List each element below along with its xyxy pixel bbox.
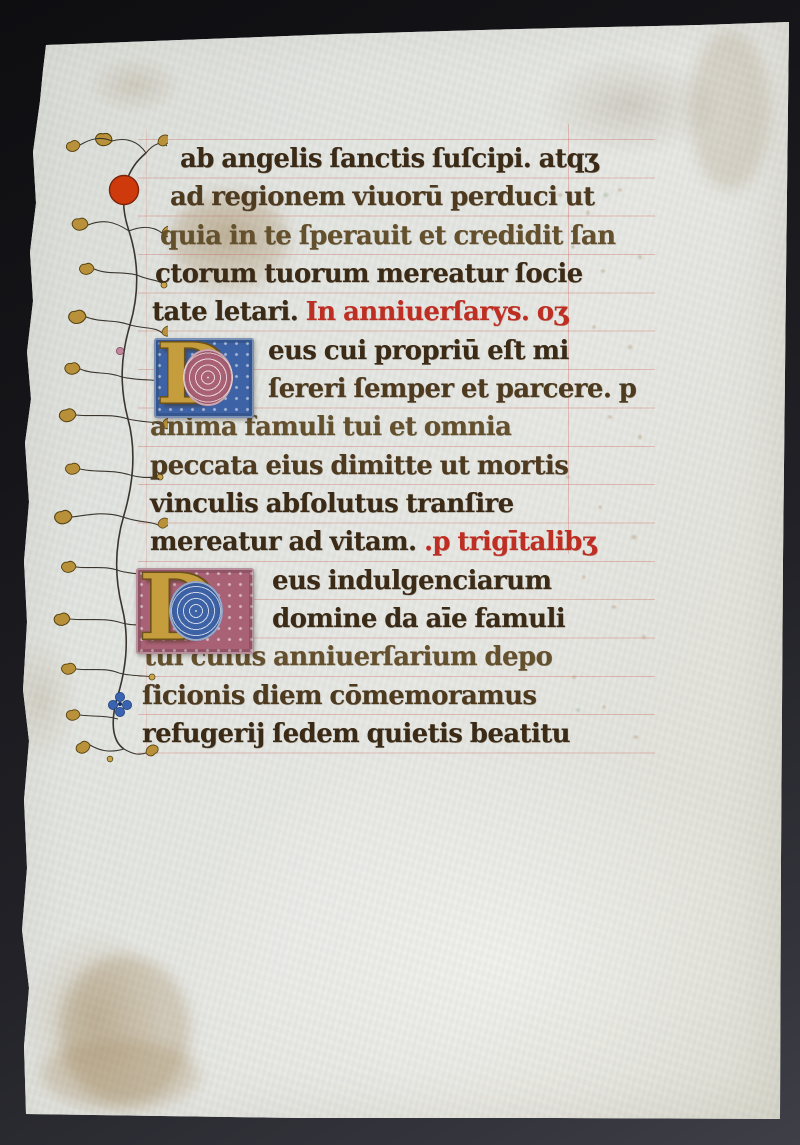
red-berry: [110, 176, 139, 205]
text-line: peccata eius dimitte ut mortis: [150, 448, 655, 486]
parchment-stain: [690, 30, 770, 190]
text-line: vinculis abſolutus tranſire: [150, 486, 655, 524]
parchment-stain: [40, 1040, 200, 1110]
rubric-text: .p trigītalibʒ: [424, 527, 596, 557]
body-text: ab angelis ſanctis ſuſcipi. atqʒ: [180, 144, 598, 174]
body-text: eus indulgenciarum: [272, 566, 551, 596]
body-text: refugerij ſedem quietis beatitu: [142, 719, 570, 749]
body-text: quia in te ſperauit et credidit ſan: [160, 221, 615, 251]
body-text: peccata eius dimitte ut mortis: [150, 451, 568, 481]
text-line: quia in te ſperauit et credidit ſan: [160, 218, 655, 256]
body-text: ſicionis diem cōmemoramus: [142, 681, 536, 711]
text-line: eus cui propriū eſt mi: [268, 333, 655, 371]
text-line: domine da aīe famuli: [272, 601, 655, 639]
parchment-stain: [60, 955, 190, 1105]
rubric-text: In anniuerſarys. oʒ: [306, 297, 568, 327]
initial-counter-pink: [183, 349, 233, 406]
blue-flower: [108, 692, 131, 716]
illuminated-initial-2: D: [136, 568, 254, 654]
initial-counter-blue: [169, 581, 223, 641]
text-line: mereatur ad vitam. .p trigītalibʒ: [150, 524, 655, 562]
text-line: refugerij ſedem quietis beatitu: [142, 716, 655, 754]
text-line: eus indulgenciarum: [272, 563, 655, 601]
body-text: ad regionem viuorū perduci ut: [170, 182, 594, 212]
manuscript-leaf: ab angelis ſanctis ſuſcipi. atqʒad regio…: [0, 0, 800, 1145]
photo-background: ab angelis ſanctis ſuſcipi. atqʒad regio…: [0, 0, 800, 1145]
body-text: ſereri ſemper et parcere. p: [268, 374, 636, 404]
pink-bud: [116, 347, 123, 354]
body-text: domine da aīe famuli: [272, 604, 565, 634]
text-line: ab angelis ſanctis ſuſcipi. atqʒ: [180, 141, 655, 179]
body-text: eus cui propriū eſt mi: [268, 336, 569, 366]
text-line: ſicionis diem cōmemoramus: [142, 678, 655, 716]
body-text: vinculis abſolutus tranſire: [150, 489, 514, 519]
text-line: ſereri ſemper et parcere. p: [268, 371, 655, 409]
text-line: ad regionem viuorū perduci ut: [170, 179, 655, 217]
illuminated-initial-1: D: [154, 338, 254, 418]
body-text: tate letari.: [152, 297, 306, 327]
text-line: ctorum tuorum mereatur ſocie: [155, 256, 655, 294]
text-block: ab angelis ſanctis ſuſcipi. atqʒad regio…: [150, 141, 655, 755]
body-text: ctorum tuorum mereatur ſocie: [155, 259, 583, 289]
body-text: mereatur ad vitam.: [150, 527, 424, 557]
